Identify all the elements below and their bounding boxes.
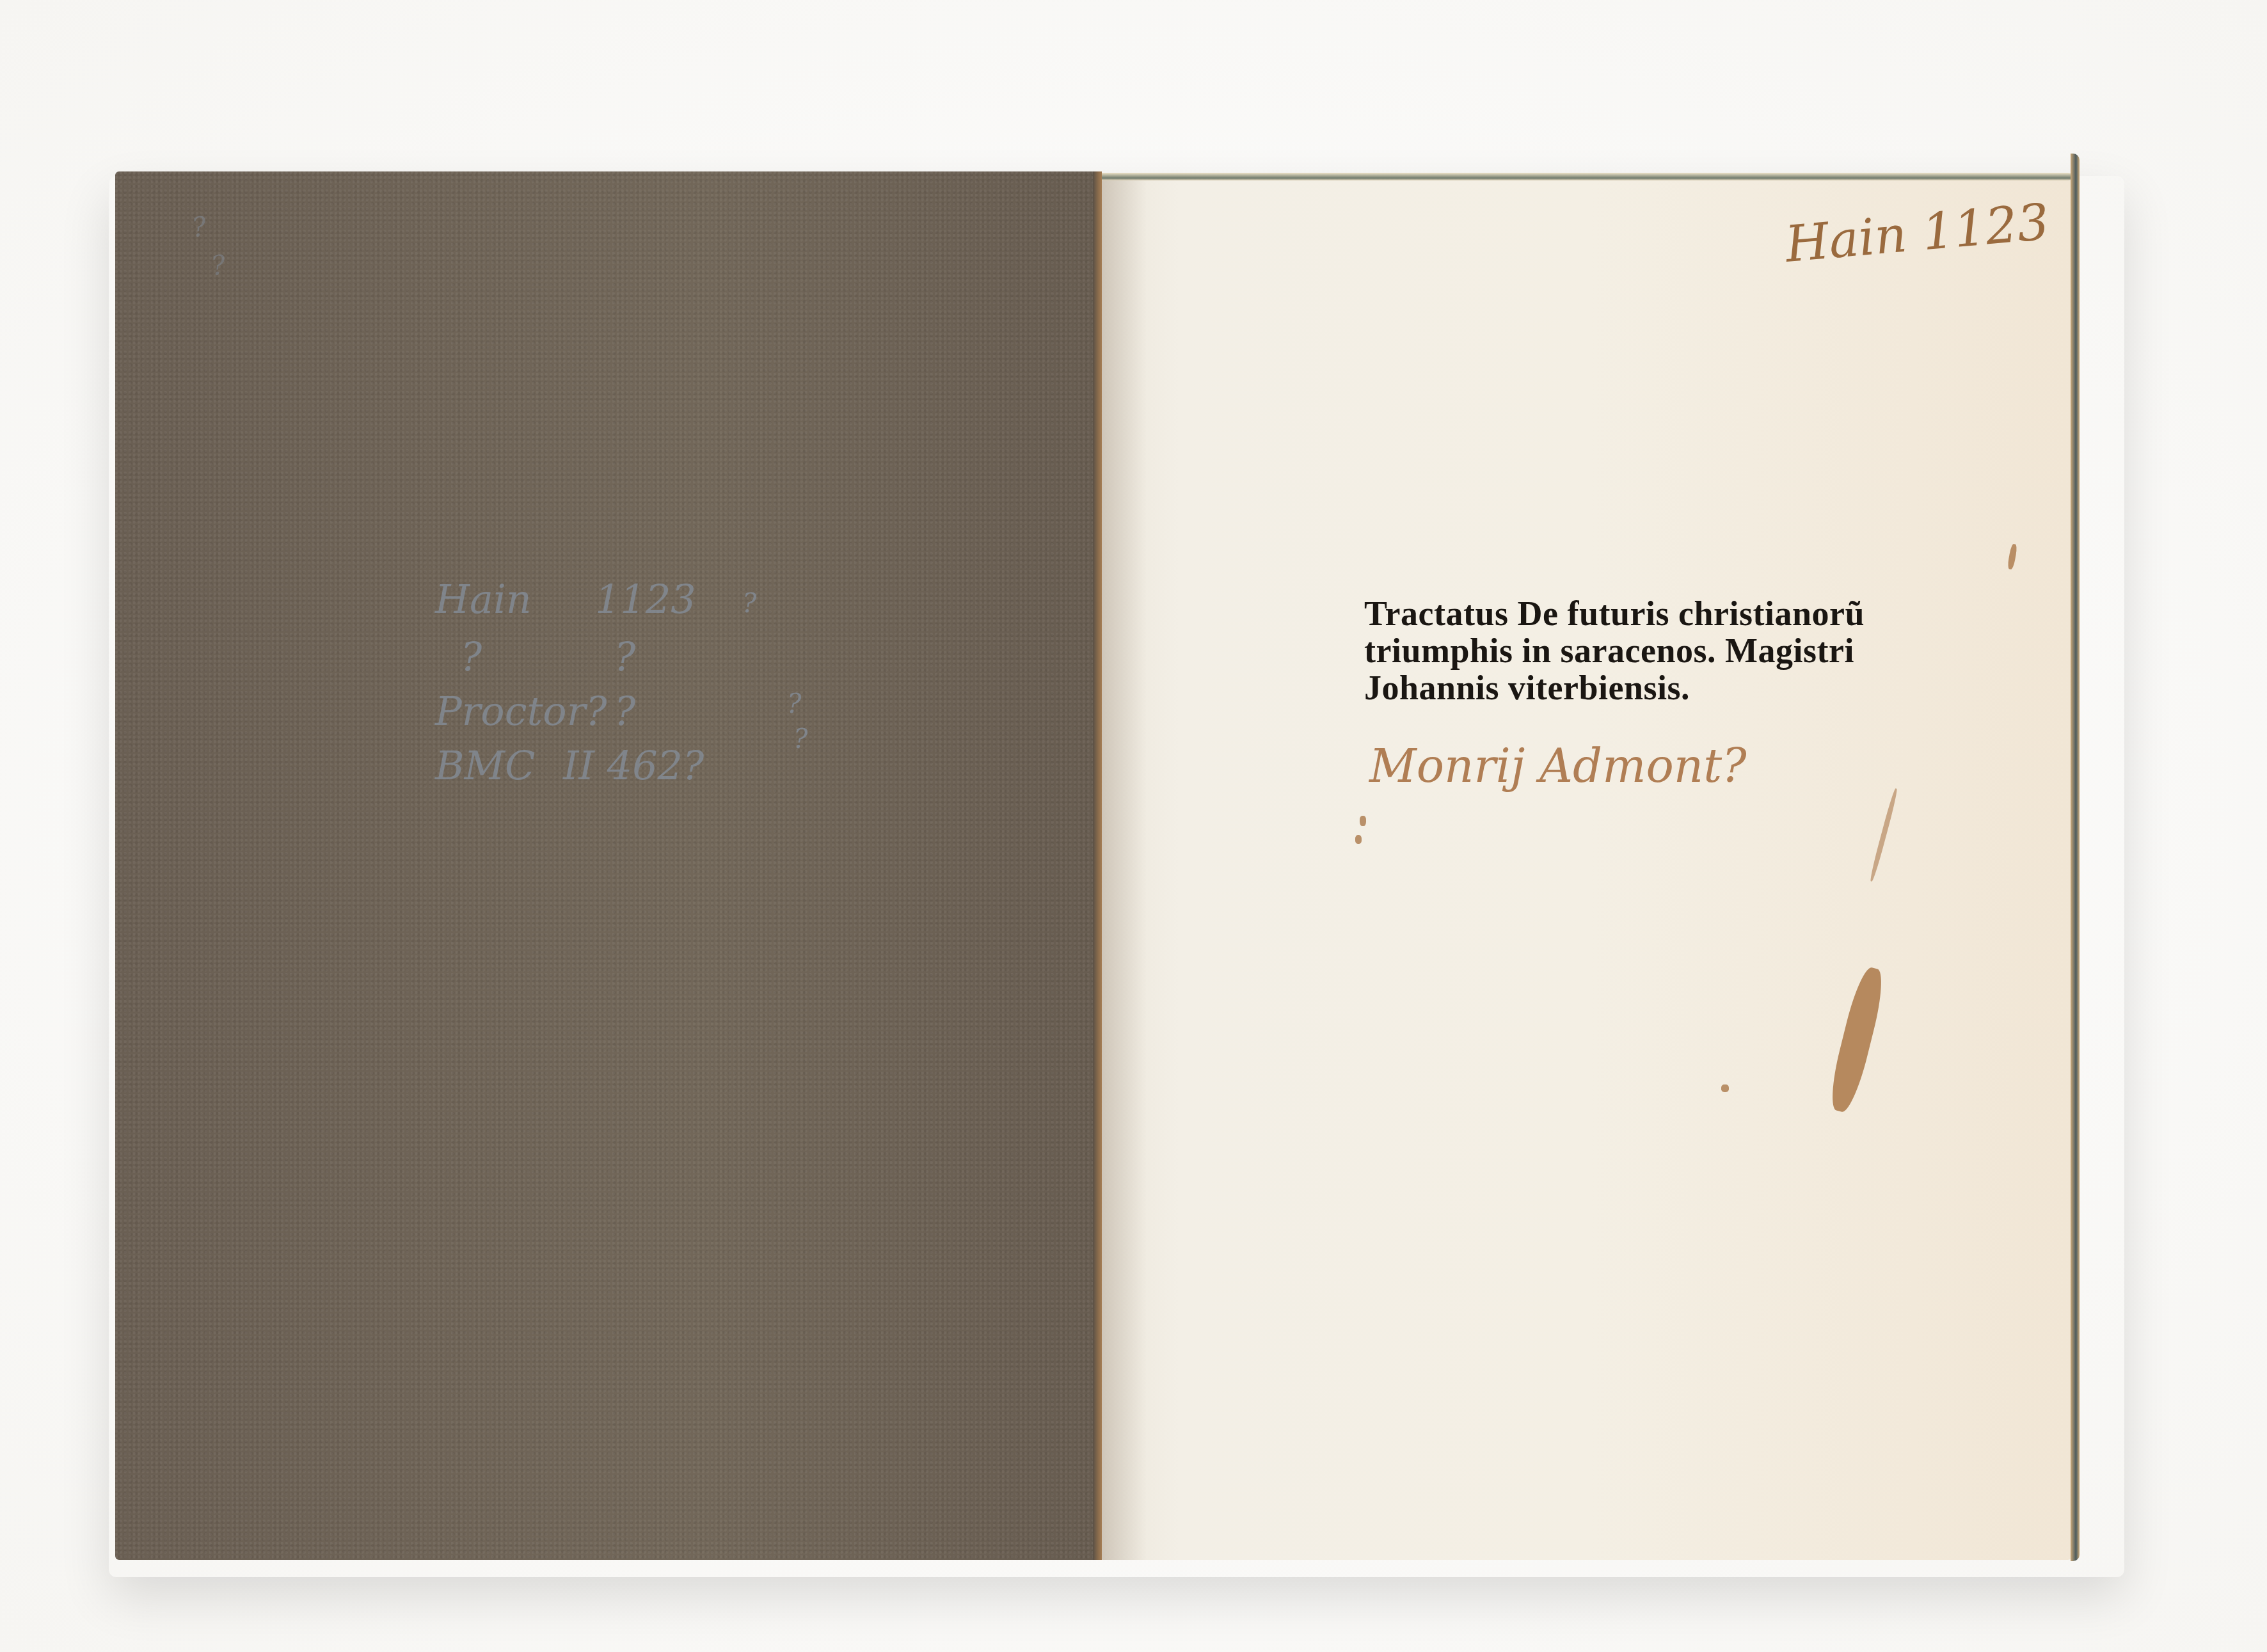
- printed-title: Tractatus De futuris christianorũ trium…: [1364, 595, 1865, 706]
- pencil-note-aside-line1: ?: [787, 688, 802, 719]
- manuscript-ownership-inscription: Monrij Admont?: [1369, 739, 1747, 793]
- pencil-note-line2-label: ?: [461, 633, 482, 680]
- ink-stain: [1721, 1084, 1729, 1092]
- pencil-note-bmc-label: BMC: [435, 742, 535, 789]
- ink-stain: [1360, 816, 1366, 826]
- pencil-note-line2-value: ?: [614, 633, 635, 680]
- pencil-note-hain-value: 1123: [595, 576, 696, 623]
- printed-title-line-1: Tractatus De futuris christianorũ: [1364, 595, 1865, 632]
- left-page-fore-edge: [1093, 171, 1102, 1560]
- right-page-fore-edge: [2071, 154, 2080, 1561]
- left-flyleaf-page: [115, 171, 1099, 1560]
- pencil-note-hain-extra: ?: [742, 587, 757, 619]
- pencil-note-aside-line2: ?: [793, 723, 808, 754]
- pencil-note-bmc-value: II 462?: [563, 742, 704, 789]
- ink-stain: [1355, 835, 1362, 844]
- pencil-note-hain-label: Hain: [435, 576, 532, 623]
- right-title-page: [1102, 180, 2074, 1560]
- pencil-note-proctor-value: ?: [614, 688, 635, 735]
- printed-title-line-2: triumphis in saracenos. Magistri: [1364, 632, 1865, 669]
- pencil-note-proctor-label: Proctor?: [435, 688, 607, 735]
- right-page-top-edge: [1102, 173, 2074, 180]
- gutter-shadow: [1102, 180, 1147, 1560]
- printed-title-line-3: Johannis viterbiensis.: [1364, 669, 1865, 706]
